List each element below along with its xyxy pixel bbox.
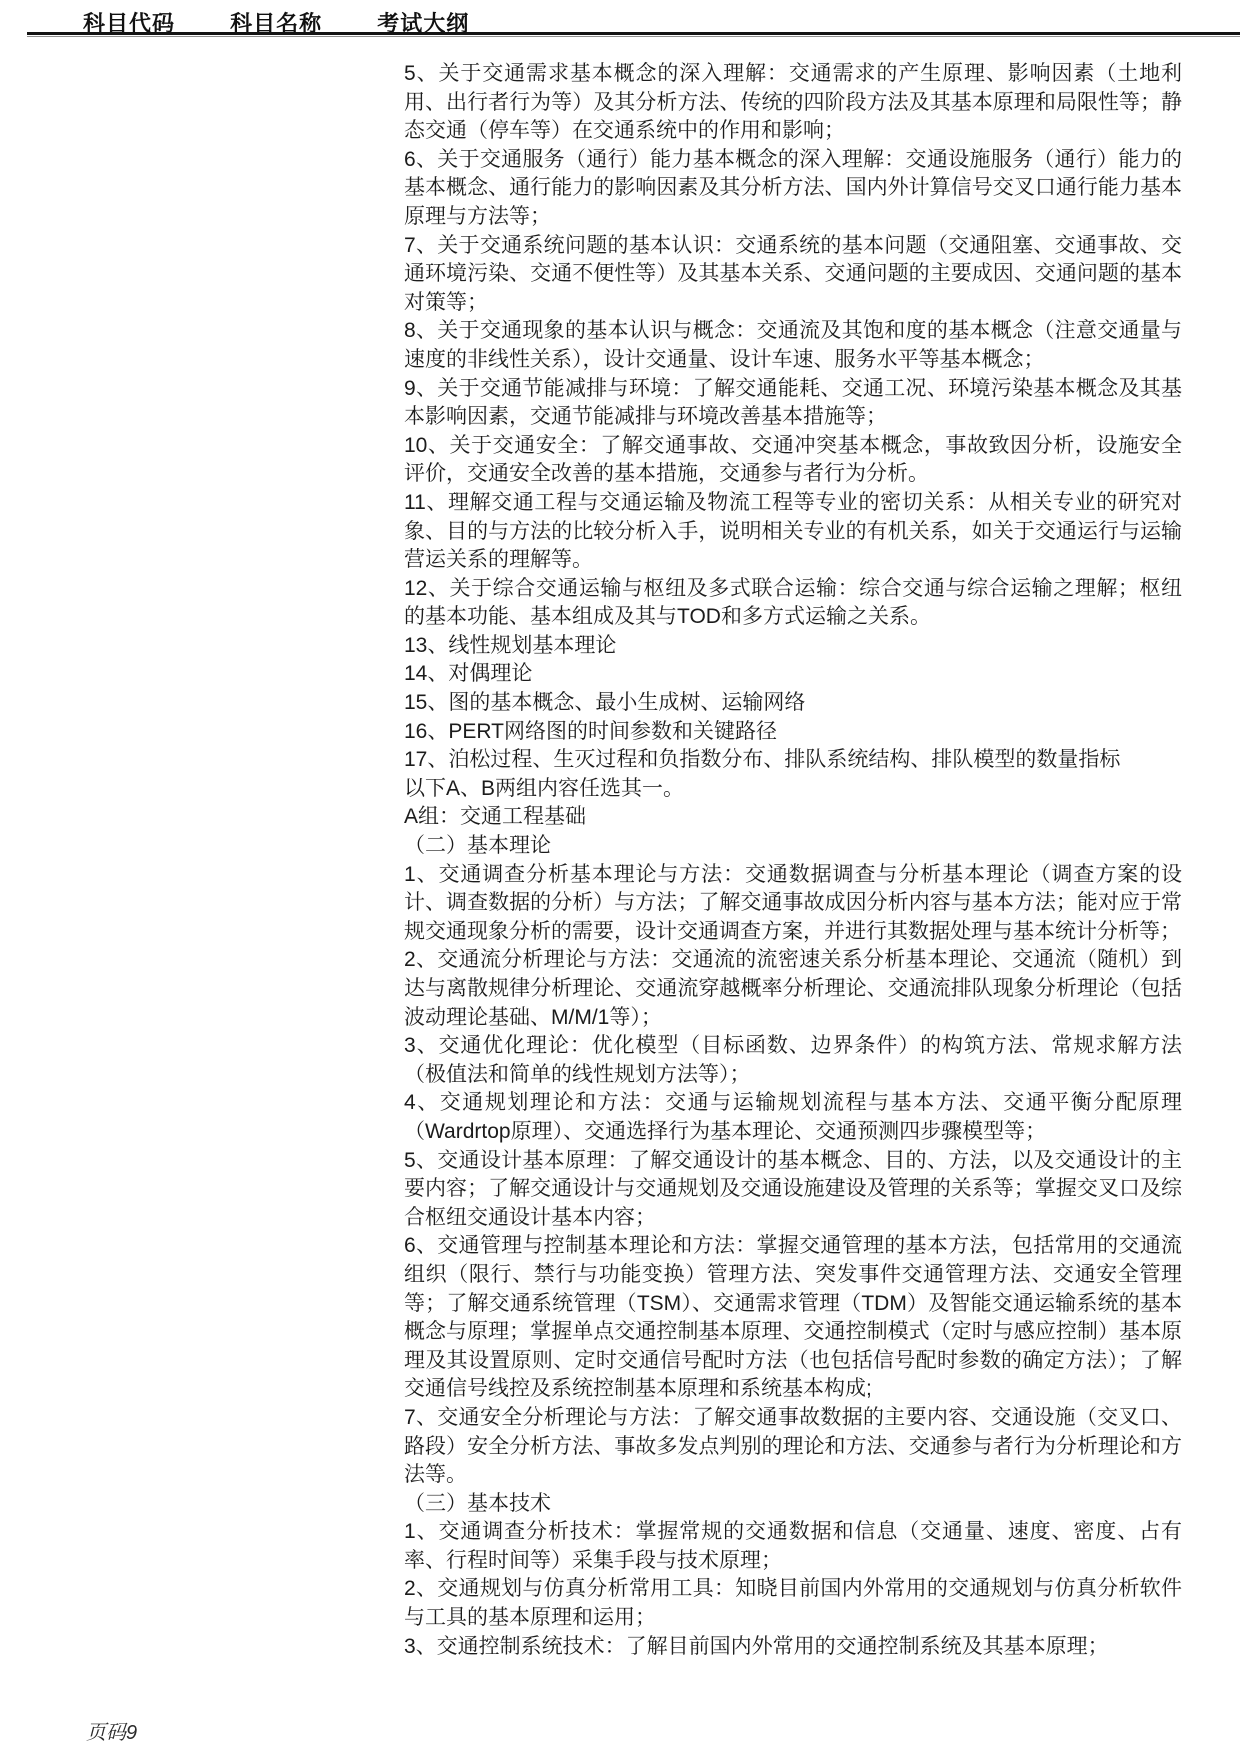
paragraph: 10、关于交通安全：了解交通事故、交通冲突基本概念，事故致因分析，设施安全评价，… — [404, 432, 1182, 489]
paragraph: 3、交通优化理论：优化模型（目标函数、边界条件）的构筑方法、常规求解方法（极值法… — [404, 1032, 1182, 1089]
page-number: 页码9 — [86, 1716, 137, 1745]
paragraph: 14、对偶理论 — [404, 660, 1182, 689]
paragraph: 以下A、B两组内容任选其一。 — [404, 775, 1182, 804]
paragraph: 12、关于综合交通运输与枢纽及多式联合运输：综合交通与综合运输之理解；枢纽的基本… — [404, 575, 1182, 632]
paragraph: （三）基本技术 — [404, 1490, 1182, 1519]
paragraph: 11、理解交通工程与交通运输及物流工程等专业的密切关系：从相关专业的研究对象、目… — [404, 489, 1182, 575]
paragraph: 7、关于交通系统问题的基本认识：交通系统的基本问题（交通阻塞、交通事故、交通环境… — [404, 232, 1182, 318]
paragraph: 7、交通安全分析理论与方法：了解交通事故数据的主要内容、交通设施（交叉口、路段）… — [404, 1404, 1182, 1490]
paragraph: 6、关于交通服务（通行）能力基本概念的深入理解：交通设施服务（通行）能力的基本概… — [404, 146, 1182, 232]
paragraph: （二）基本理论 — [404, 832, 1182, 861]
paragraph: 5、交通设计基本原理：了解交通设计的基本概念、目的、方法，以及交通设计的主要内容… — [404, 1147, 1182, 1233]
paragraph: 6、交通管理与控制基本理论和方法：掌握交通管理的基本方法，包括常用的交通流组织（… — [404, 1232, 1182, 1404]
paragraph: 8、关于交通现象的基本认识与概念：交通流及其饱和度的基本概念（注意交通量与速度的… — [404, 317, 1182, 374]
paragraph: 17、泊松过程、生灭过程和负指数分布、排队系统结构、排队模型的数量指标 — [404, 746, 1182, 775]
paragraph: 3、交通控制系统技术：了解目前国内外常用的交通控制系统及其基本原理； — [404, 1633, 1182, 1662]
paragraph: 15、图的基本概念、最小生成树、运输网络 — [404, 689, 1182, 718]
paragraph: 2、交通流分析理论与方法：交通流的流密速关系分析基本理论、交通流（随机）到达与离… — [404, 946, 1182, 1032]
paragraph: 1、交通调查分析基本理论与方法：交通数据调查与分析基本理论（调查方案的设计、调查… — [404, 861, 1182, 947]
document-page: 科目代码 科目名称 考试大纲 5、关于交通需求基本概念的深入理解：交通需求的产生… — [0, 0, 1240, 1754]
document-body: 5、关于交通需求基本概念的深入理解：交通需求的产生原理、影响因素（土地利用、出行… — [404, 60, 1182, 1661]
paragraph: 4、交通规划理论和方法：交通与运输规划流程与基本方法、交通平衡分配原理（Ward… — [404, 1089, 1182, 1146]
paragraph: 9、关于交通节能减排与环境：了解交通能耗、交通工况、环境污染基本概念及其基本影响… — [404, 375, 1182, 432]
header-divider — [27, 32, 1240, 37]
paragraph: 5、关于交通需求基本概念的深入理解：交通需求的产生原理、影响因素（土地利用、出行… — [404, 60, 1182, 146]
paragraph: 16、PERT网络图的时间参数和关键路径 — [404, 718, 1182, 747]
paragraph: 1、交通调查分析技术：掌握常规的交通数据和信息（交通量、速度、密度、占有率、行程… — [404, 1518, 1182, 1575]
paragraph: 2、交通规划与仿真分析常用工具：知晓目前国内外常用的交通规划与仿真分析软件与工具… — [404, 1575, 1182, 1632]
paragraph: A组：交通工程基础 — [404, 803, 1182, 832]
paragraph: 13、线性规划基本理论 — [404, 632, 1182, 661]
